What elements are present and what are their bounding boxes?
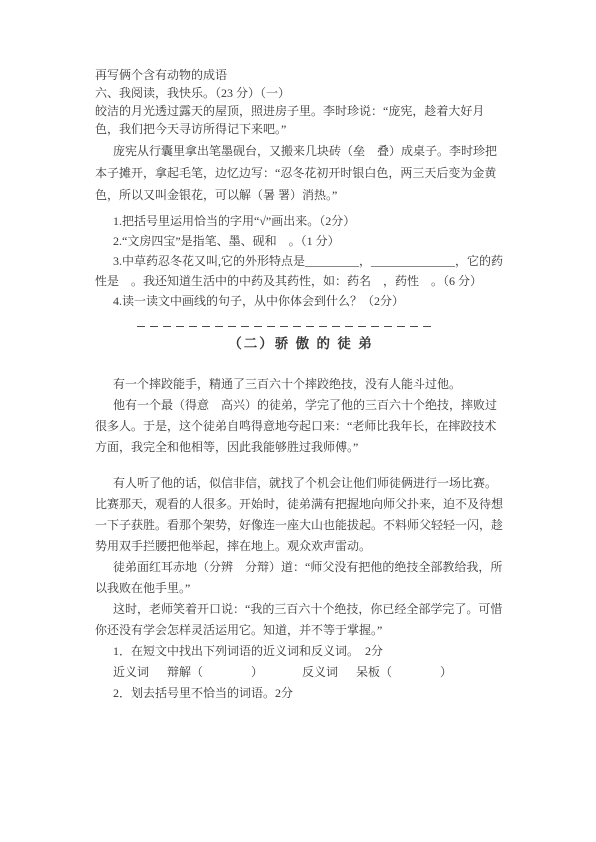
synonym-blank-field: 辩解（ ） <box>167 665 263 679</box>
question-2-2: 2．划去括号里不恰当的词语。2分 <box>95 683 507 704</box>
question-1-2: 2.“文房四宝”是指笔、墨、砚和 。（1 分） <box>95 231 507 251</box>
passage2: 有一个摔跤能手，精通了三百六十个摔跤绝技，没有人能斗过他。 他有一个最（得意 高… <box>95 374 507 641</box>
synonym-antonym-row: 近义词 辩解（ ） 反义词 呆板（ ） <box>95 662 507 683</box>
synonym-label: 近义词 <box>113 665 149 679</box>
passage1-para2: 庞宪从行囊里拿出笔墨砚台，又搬来几块砖（垒 叠）成桌子。李时珍把本子摊开，拿起毛… <box>95 140 507 206</box>
passage2-para2: 他有一个最（得意 高兴）的徒弟，学完了他的三百六十个绝技，摔败过很多人。于是，这… <box>95 395 507 458</box>
passage2-para1: 有一个摔跤能手，精通了三百六十个摔跤绝技，没有人能斗过他。 <box>95 374 507 395</box>
passage2-para4: 徒弟面红耳赤地（分辨 分辩）道：“师父没有把他的绝技全部教给我，所以我败在他手里… <box>95 557 507 599</box>
section-two-title: （二）骄 傲 的 徒 弟 <box>95 335 507 353</box>
section-divider-dashed-line <box>137 326 433 327</box>
passage2-para5: 这时，老师笑着开口说：“我的三百六十个绝技，你已经全部学完了。可惜你还没有学会怎… <box>95 599 507 641</box>
antonym-label: 反义词 <box>302 665 338 679</box>
passage2-questions: 1．在短文中找出下列词语的近义词和反义词。 2分 近义词 辩解（ ） 反义词 呆… <box>95 641 507 704</box>
section-six-header: 六、我阅读，我快乐。（23 分）（一） <box>95 84 507 102</box>
question-1-4: 4.读一读文中画线的句子，从中你体会到什么？（2分） <box>95 291 507 311</box>
document-content: 再写俩个含有动物的成语 六、我阅读，我快乐。（23 分）（一） 皎洁的月光透过露… <box>95 66 507 704</box>
question-2-1: 1．在短文中找出下列词语的近义词和反义词。 2分 <box>95 641 507 662</box>
document-page: 再写俩个含有动物的成语 六、我阅读，我快乐。（23 分）（一） 皎洁的月光透过露… <box>0 0 596 842</box>
passage1-questions: 1.把括号里运用恰当的字用“√”画出来。（2分） 2.“文房四宝”是指笔、墨、砚… <box>95 211 507 311</box>
intro-line: 再写俩个含有动物的成语 <box>95 66 507 84</box>
passage2-para3: 有人听了他的话，似信非信，就找了个机会让他们师徒俩进行一场比赛。比赛那天，观看的… <box>95 473 507 557</box>
question-1-3: 3.中草药忍冬花又叫,它的外形特点是_________，____________… <box>95 251 507 291</box>
question-1-1: 1.把括号里运用恰当的字用“√”画出来。（2分） <box>95 211 507 231</box>
antonym-blank-field: 呆板（ ） <box>356 665 452 679</box>
passage1-para1: 皎洁的月光透过露天的屋顶，照进房子里。李时珍说：“庞宪，趁着大好月色，我们把今天… <box>95 102 507 138</box>
